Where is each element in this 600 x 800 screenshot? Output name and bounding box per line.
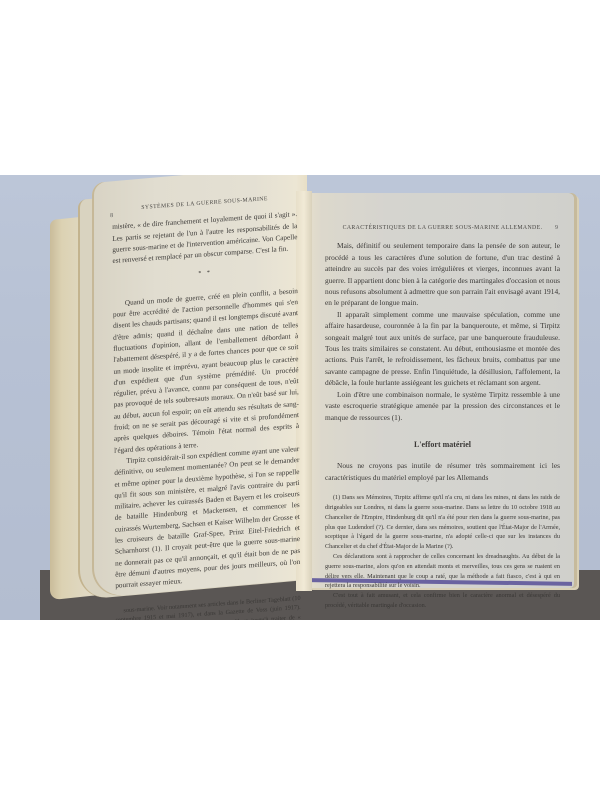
section-separator: * *	[113, 263, 298, 287]
footnote: sous-marine. Voir notamment ses articles…	[116, 593, 301, 620]
right-paragraph: Il apparaît simplement comme une mauvais…	[325, 309, 560, 389]
section-heading: L'effort matériel	[325, 439, 560, 450]
right-paragraph: Loin d'être une combinaison normale, le …	[325, 389, 560, 423]
right-paragraph: Nous ne croyons pas inutile de résumer t…	[325, 460, 560, 483]
left-footnotes: sous-marine. Voir notamment ses articles…	[116, 593, 301, 620]
left-page-text: 8 Systèmes de la guerre sous-marine mist…	[112, 192, 301, 620]
right-running-head: Caractéristiques de la guerre sous-marin…	[325, 223, 560, 234]
right-footnotes: (1) Dans ses Mémoires, Tirpitz affirme q…	[325, 493, 560, 611]
footnote: (1) Dans ses Mémoires, Tirpitz affirme q…	[325, 493, 560, 552]
left-paragraph: Tirpitz considérait-il son expédient com…	[114, 444, 300, 592]
footnote: C'est tout à fait amusant, et cela confi…	[325, 591, 560, 611]
right-page-text: 9 Caractéristiques de la guerre sous-mar…	[325, 223, 560, 611]
footnote: Ces déclarations sont à rapprocher de ce…	[325, 552, 560, 591]
right-paragraph: Mais, définitif ou seulement temporaire …	[325, 240, 560, 308]
left-paragraph: Quand un mode de guerre, créé en plein c…	[113, 286, 299, 457]
left-opening-paragraph: mistère, « de dire franchement et loyale…	[112, 209, 297, 267]
book-photograph: 8 Systèmes de la guerre sous-marine mist…	[0, 175, 600, 620]
